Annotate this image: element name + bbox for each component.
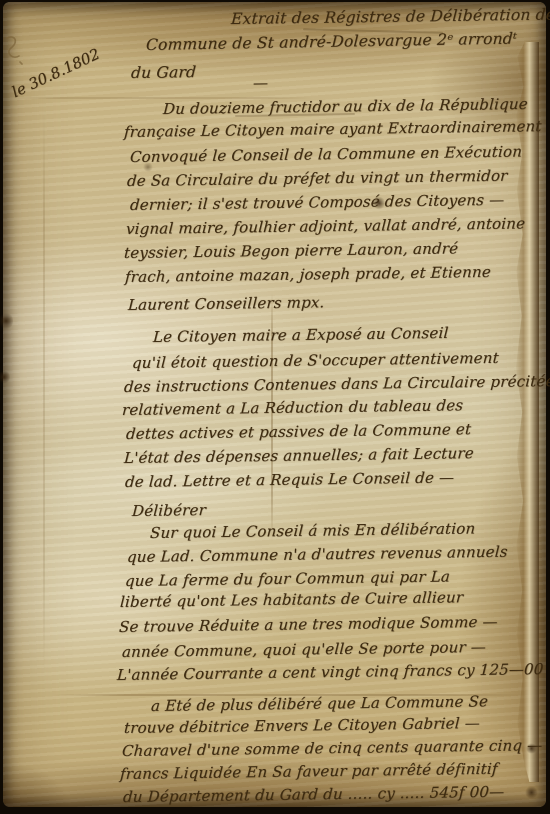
manuscript-line: que La ferme du four Commun qui par La xyxy=(124,567,450,590)
ink-blot xyxy=(525,786,538,799)
manuscript-line: du Département du Gard du ..... cy .....… xyxy=(122,783,504,806)
manuscript-line: L'état des dépenses annuelles; a fait Le… xyxy=(123,444,474,467)
manuscript-line: a Eté de plus délibéré que La Commune Se xyxy=(150,692,488,715)
manuscript-line: frach, antoine mazan, joseph prade, et E… xyxy=(124,263,491,286)
header-line: Extrait des Régistres de Délibération de… xyxy=(230,5,550,28)
manuscript-line: dernier; il s'est trouvé Composé des Cit… xyxy=(129,191,504,214)
manuscript-line: L'année Courrante a cent vingt cinq fran… xyxy=(116,660,544,684)
manuscript-line: Laurent Conseillers mpx. xyxy=(127,293,325,314)
manuscript-line: Le Citoyen maire a Exposé au Conseil xyxy=(152,324,448,346)
manuscript-line: de Sa Circulaire du préfet du vingt un t… xyxy=(126,167,508,190)
header-line: Commune de St andré-Dolesvargue 2ᵉ arron… xyxy=(146,30,518,55)
manuscript-line: que Lad. Commune n'a d'autres revenus an… xyxy=(126,543,508,566)
manuscript-line: de lad. Lettre et a Requis Le Conseil de… xyxy=(124,468,454,491)
manuscript-line: relativement a La Réduction du tableau d… xyxy=(121,396,463,419)
manuscript-line: Se trouve Réduite a une tres modique Som… xyxy=(118,613,498,636)
manuscript-line: teyssier, Louis Begon pierre Lauron, and… xyxy=(123,239,458,262)
manuscript-line: Délibérer xyxy=(131,501,206,520)
manuscript-line: française Le Citoyen maire ayant Extraor… xyxy=(123,117,542,141)
manuscript-line: liberté qu'ont Les habitants de Cuire al… xyxy=(119,588,463,611)
manuscript-line: vignal maire, foulhier adjoint, vallat a… xyxy=(125,214,525,238)
manuscript-line: trouve débitrice Envers Le Citoyen Gabri… xyxy=(123,714,480,737)
paraph-flourish-icon xyxy=(3,32,33,72)
paper-sheet: le 30.8.1802 Extrait des Régistres de Dé… xyxy=(3,2,546,807)
manuscript-line: des instructions Contenues dans La Circu… xyxy=(123,372,550,396)
header-line: du Gard xyxy=(130,63,196,83)
fold-crease xyxy=(43,112,45,672)
document-page: le 30.8.1802 Extrait des Régistres de Dé… xyxy=(0,0,550,814)
manuscript-line: Du douzieme fructidor au dix de la Répub… xyxy=(162,95,528,118)
manuscript-line: année Commune, quoi qu'elle Se porte pou… xyxy=(121,638,486,661)
manuscript-line: Charavel d'une somme de cinq cents quara… xyxy=(121,736,542,760)
header-dash: — xyxy=(252,74,268,92)
manuscript-line: francs Liquidée En Sa faveur par arrêté … xyxy=(119,760,498,783)
manuscript-line: dettes actives et passives de la Commune… xyxy=(125,420,471,443)
manuscript-line: qu'il étoit question de S'occuper attent… xyxy=(131,349,499,372)
manuscript-line: Convoqué le Conseil de la Commune en Exé… xyxy=(129,143,522,166)
edge-stain xyxy=(0,370,10,384)
manuscript-line: Sur quoi Le Conseil á mis En délibératio… xyxy=(149,519,475,542)
edge-stain xyxy=(0,312,13,330)
